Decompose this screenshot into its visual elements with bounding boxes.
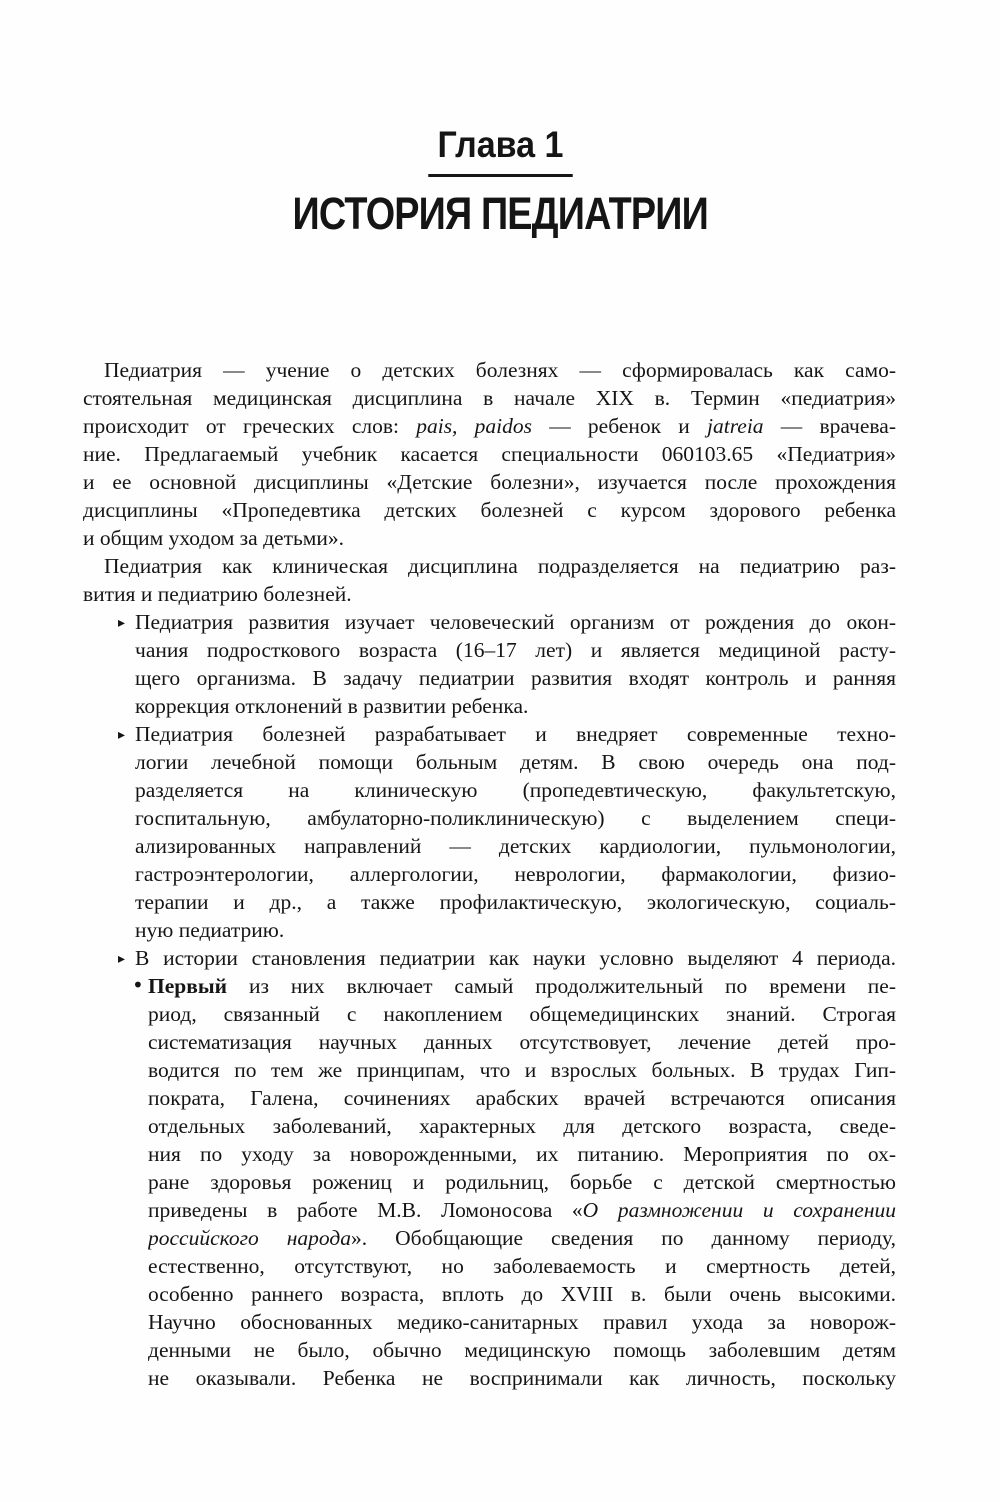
text-line: логии лечебной помощи больным детям. В с… <box>135 748 896 776</box>
list-item: ▸Педиатрия развития изучает человеческий… <box>135 608 896 720</box>
text-line: происходит от греческих слов: pais, paid… <box>83 412 896 440</box>
text-line: систематизация научных данных отсутствов… <box>148 1028 896 1056</box>
paragraph: Педиатрия — учение о детских болезнях — … <box>83 356 896 552</box>
text-line: чания подросткового возраста (16–17 лет)… <box>135 636 896 664</box>
text-line: терапии и др., а также профилактическую,… <box>135 888 896 916</box>
text-line: денными не было, обычно медицинскую помо… <box>148 1336 896 1364</box>
text-line: ния по уходу за новорожденными, их питан… <box>148 1140 896 1168</box>
text-line: Научно обоснованных медико-санитарных пр… <box>148 1308 896 1336</box>
text-line: Педиатрия болезней разрабатывает и внедр… <box>135 720 896 748</box>
text-line: Первый из них включает самый продолжител… <box>148 972 896 1000</box>
text-content: Педиатрия — учение о детских болезнях — … <box>83 356 896 1392</box>
chapter-heading: Глава 1 ИСТОРИЯ ПЕДИАТРИИ <box>0 124 1000 240</box>
dot-bullet-icon: • <box>132 971 144 999</box>
text-line: пократа, Галена, сочинениях арабских вра… <box>148 1084 896 1112</box>
text-line: приведены в работе М.В. Ломоносова «О ра… <box>148 1196 896 1224</box>
page-title: ИСТОРИЯ ПЕДИАТРИИ <box>292 188 707 240</box>
text-line: коррекция отклонений в развитии ребенка. <box>135 692 896 720</box>
text-line: и ее основной дисциплины «Детские болезн… <box>83 468 896 496</box>
text-line: и общим уходом за детьми». <box>83 524 896 552</box>
text-line: вития и педиатрию болезней. <box>83 580 896 608</box>
text-line: гастроэнтерологии, аллергологии, невроло… <box>135 860 896 888</box>
text-line: разделяется на клиническую (пропедевтиче… <box>135 776 896 804</box>
triangle-bullet-icon: ▸ <box>118 609 125 637</box>
text-line: особенно раннего возраста, вплоть до XVI… <box>148 1280 896 1308</box>
text-line: водится по тем же принципам, что и взрос… <box>148 1056 896 1084</box>
text-line: российского народа». Обобщающие сведения… <box>148 1224 896 1252</box>
text-line: не оказывали. Ребенка не воспринимали ка… <box>148 1364 896 1392</box>
text-line: щего организма. В задачу педиатрии разви… <box>135 664 896 692</box>
text-line: стоятельная медицинская дисциплина в нач… <box>83 384 896 412</box>
triangle-bullet-icon: ▸ <box>118 945 125 973</box>
text-line: естественно, отсутствуют, но заболеваемо… <box>148 1252 896 1280</box>
list-item: ▸В истории становления педиатрии как нау… <box>135 944 896 972</box>
list-item: ▸Педиатрия болезней разрабатывает и внед… <box>135 720 896 944</box>
list-item: •Первый из них включает самый продолжите… <box>148 972 896 1392</box>
text-line: ние. Предлагаемый учебник касается специ… <box>83 440 896 468</box>
text-line: Педиатрия — учение о детских болезнях — … <box>83 356 896 384</box>
text-line: отдельных заболеваний, характерных для д… <box>148 1112 896 1140</box>
paragraph: Педиатрия как клиническая дисциплина под… <box>83 552 896 608</box>
chapter-label: Глава 1 <box>428 124 572 177</box>
text-line: Педиатрия как клиническая дисциплина под… <box>83 552 896 580</box>
text-line: ране здоровья рожениц и родильниц, борьб… <box>148 1168 896 1196</box>
text-line: ализированных направлений — детских кард… <box>135 832 896 860</box>
text-line: В истории становления педиатрии как наук… <box>135 944 896 972</box>
triangle-bullet-icon: ▸ <box>118 721 125 749</box>
text-line: ную педиатрию. <box>135 916 896 944</box>
text-line: риод, связанный с накоплением общемедици… <box>148 1000 896 1028</box>
book-page: Глава 1 ИСТОРИЯ ПЕДИАТРИИ Педиатрия — уч… <box>0 0 1000 1502</box>
text-line: дисциплины «Пропедевтика детских болезне… <box>83 496 896 524</box>
text-line: госпитальную, амбулаторно-поликлиническу… <box>135 804 896 832</box>
text-line: Педиатрия развития изучает человеческий … <box>135 608 896 636</box>
